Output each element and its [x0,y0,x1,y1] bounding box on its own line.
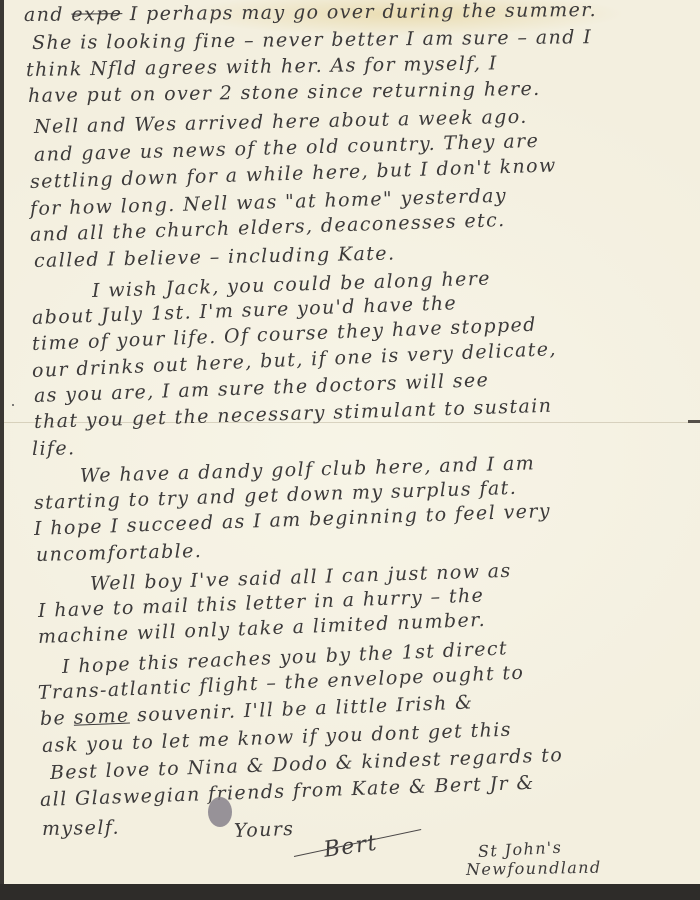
ink-blot [208,797,232,827]
letter-line-10: called I believe – including Kate. [34,242,396,272]
letter-page: and expe I perhaps may go over during th… [4,0,700,884]
letter-line-31: myself. [42,817,120,840]
underlined-word: some [73,705,130,729]
letter-line-17: life. [32,437,76,460]
letter-closing: Yours [234,818,295,842]
place-line-1: St John's [478,838,563,861]
struck-word: expe [71,3,122,25]
scan-bottom-edge [0,884,700,900]
fold-edge-mark [688,420,700,423]
place-line-2: Newfoundland [466,858,602,879]
paper-speck [12,404,14,406]
letter-line-3: think Nfld agrees with her. As for mysel… [26,52,498,81]
letter-line-4: have put on over 2 stone since returning… [28,78,541,107]
letter-line-21: uncomfortable. [36,540,203,566]
letter-line-1: and expe I perhaps may go over during th… [24,0,597,26]
letter-line-2: She is looking fine – never better I am … [32,26,592,54]
letter-signature: Bert [322,831,379,863]
